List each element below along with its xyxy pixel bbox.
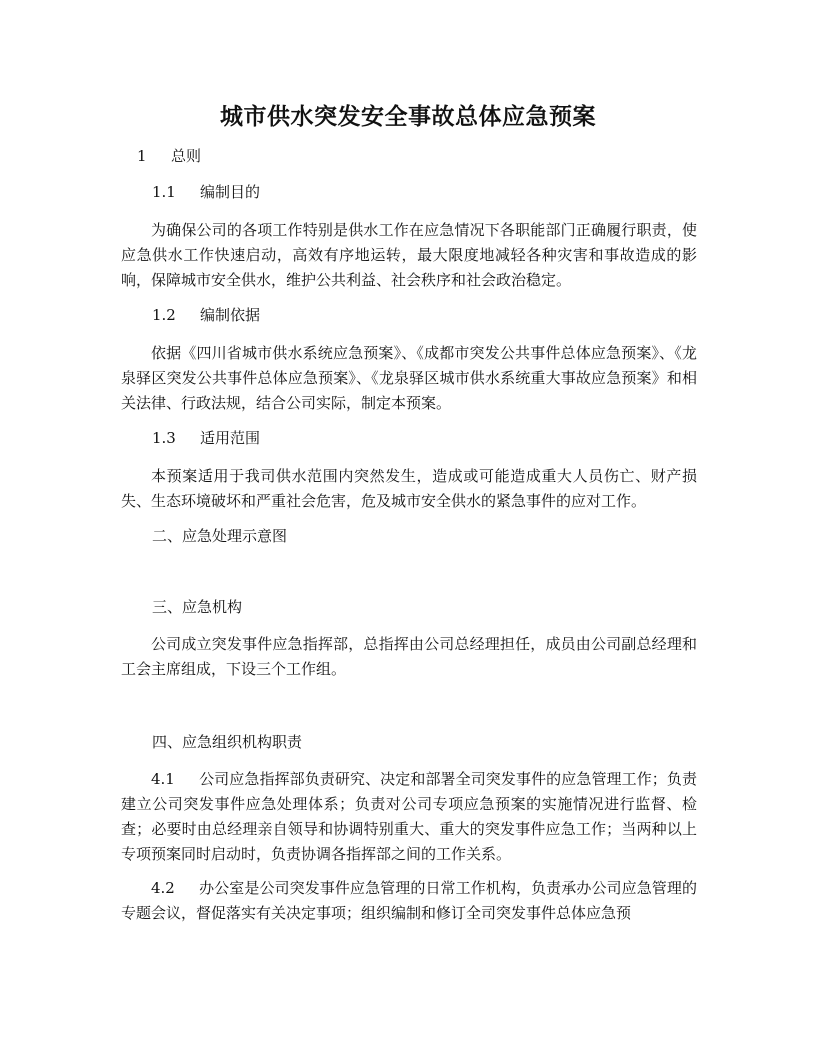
paragraph-scope: 本预案适用于我司供水范围内突然发生，造成或可能造成重大人员伤亡、财产损失、生态环… xyxy=(121,464,697,514)
section-title: 适用范围 xyxy=(200,429,260,447)
section-heading-3: 三、应急机构 xyxy=(152,597,242,617)
paragraph-4-1: 4.1公司应急指挥部负责研究、决定和部署全司突发事件的应急管理工作；负责建立公司… xyxy=(121,767,697,867)
paragraph-basis: 依据《四川省城市供水系统应急预案》、《成都市突发公共事件总体应急预案》、《龙泉驿… xyxy=(121,341,697,416)
section-title: 总则 xyxy=(171,147,201,165)
section-heading-1-1: 1.1编制目的 xyxy=(152,182,260,202)
section-number: 1.1 xyxy=(152,182,200,202)
section-title: 编制目的 xyxy=(200,183,260,201)
section-heading-2: 二、应急处理示意图 xyxy=(152,526,287,546)
document-page: 城市供水突发安全事故总体应急预案 1总则 1.1编制目的 为确保公司的各项工作特… xyxy=(0,0,816,1056)
paragraph-text: 办公室是公司突发事件应急管理的日常工作机构，负责承办公司应急管理的专题会议，督促… xyxy=(121,879,697,922)
paragraph-number: 4.2 xyxy=(151,876,199,901)
paragraph-purpose: 为确保公司的各项工作特别是供水工作在应急情况下各职能部门正确履行职责，使应急供水… xyxy=(121,218,697,293)
paragraph-number: 4.1 xyxy=(151,767,199,792)
section-number: 1 xyxy=(137,146,171,166)
paragraph-organization: 公司成立突发事件应急指挥部，总指挥由公司总经理担任，成员由公司副总经理和工会主席… xyxy=(121,632,697,682)
section-heading-1-2: 1.2编制依据 xyxy=(152,305,260,325)
section-title: 编制依据 xyxy=(200,306,260,324)
section-heading-4: 四、应急组织机构职责 xyxy=(152,732,302,752)
section-number: 1.2 xyxy=(152,305,200,325)
section-heading-1-3: 1.3适用范围 xyxy=(152,428,260,448)
paragraph-text: 公司应急指挥部负责研究、决定和部署全司突发事件的应急管理工作；负责建立公司突发事… xyxy=(121,770,697,863)
document-title: 城市供水突发安全事故总体应急预案 xyxy=(0,98,816,131)
section-number: 1.3 xyxy=(152,428,200,448)
paragraph-4-2: 4.2办公室是公司突发事件应急管理的日常工作机构，负责承办公司应急管理的专题会议… xyxy=(121,876,697,926)
section-heading-1: 1总则 xyxy=(137,146,201,166)
